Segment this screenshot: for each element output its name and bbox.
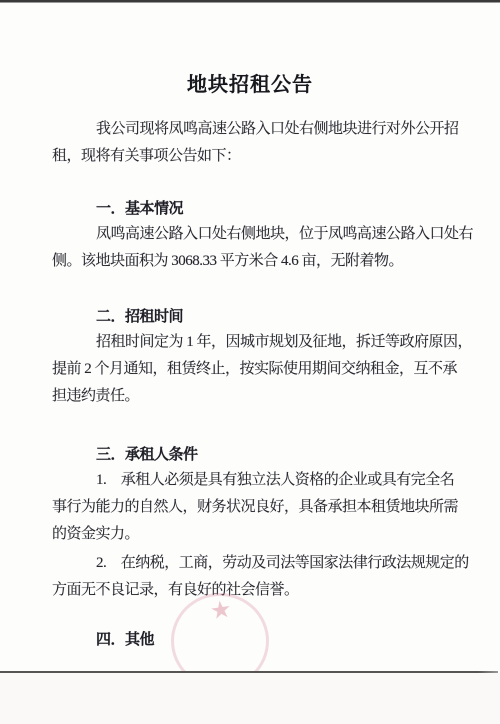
page-bottom-margin (0, 673, 500, 724)
document-page: 地块招租公告 我公司现将凤鸣高速公路入口处右侧地块进行对外公开招 租，现将有关事… (0, 0, 500, 724)
section-heading-label: 二．招租时间 (52, 304, 456, 331)
text-line: 方面无不良记录，有良好的社会信誉。 (52, 577, 456, 604)
scan-edge-artifact (0, 0, 500, 3)
tenant-requirement-item-1: 1. 承租人必须是具有独立法人资格的企业或具有完全名 事行为能力的自然人，财务状… (52, 467, 456, 548)
text-line: 提前 2 个月通知，租赁终止，按实际使用期间交纳租金，互不承 (52, 356, 456, 383)
section-heading-lease-term: 二．招租时间 (52, 304, 456, 331)
section-heading-label: 一．基本情况 (52, 196, 456, 223)
section-heading-other: 四．其他 (52, 627, 456, 654)
text-line: 我公司现将凤鸣高速公路入口处右侧地块进行对外公开招 (52, 116, 456, 143)
intro-paragraph: 我公司现将凤鸣高速公路入口处右侧地块进行对外公开招 租，现将有关事项公告如下： (52, 116, 456, 170)
text-line: 事行为能力的自然人，财务状况良好，具备承担本租赁地块所需 (52, 494, 456, 521)
text-line: 租，现将有关事项公告如下： (52, 143, 456, 170)
text-line: 1. 承租人必须是具有独立法人资格的企业或具有完全名 (52, 467, 456, 494)
section-lease-term-paragraph: 招租时间定为 1 年，因城市规划及征地，拆迁等政府原因， 提前 2 个月通知，租… (52, 329, 456, 410)
section-basic-info-paragraph: 凤鸣高速公路入口处右侧地块，位于凤鸣高速公路入口处右 侧。该地块面积为 3068… (52, 221, 456, 275)
text-line: 招租时间定为 1 年，因城市规划及征地，拆迁等政府原因， (52, 329, 456, 356)
text-line: 凤鸣高速公路入口处右侧地块，位于凤鸣高速公路入口处右 (52, 221, 456, 248)
text-line: 的资金实力。 (52, 521, 456, 548)
tenant-requirement-item-2: 2. 在纳税，工商，劳动及司法等国家法律行政法规规定的 方面无不良记录，有良好的… (52, 550, 456, 604)
section-heading-tenant-requirements: 三．承租人条件 (52, 442, 456, 469)
text-line: 担违约责任。 (52, 383, 456, 410)
section-heading-label: 三．承租人条件 (52, 442, 456, 469)
section-heading-basic-info: 一．基本情况 (52, 196, 456, 223)
text-line: 2. 在纳税，工商，劳动及司法等国家法律行政法规规定的 (52, 550, 456, 577)
text-line: 侧。该地块面积为 3068.33 平方米合 4.6 亩，无附着物。 (52, 248, 456, 275)
document-title: 地块招租公告 (0, 70, 500, 100)
section-heading-label: 四．其他 (52, 627, 456, 654)
